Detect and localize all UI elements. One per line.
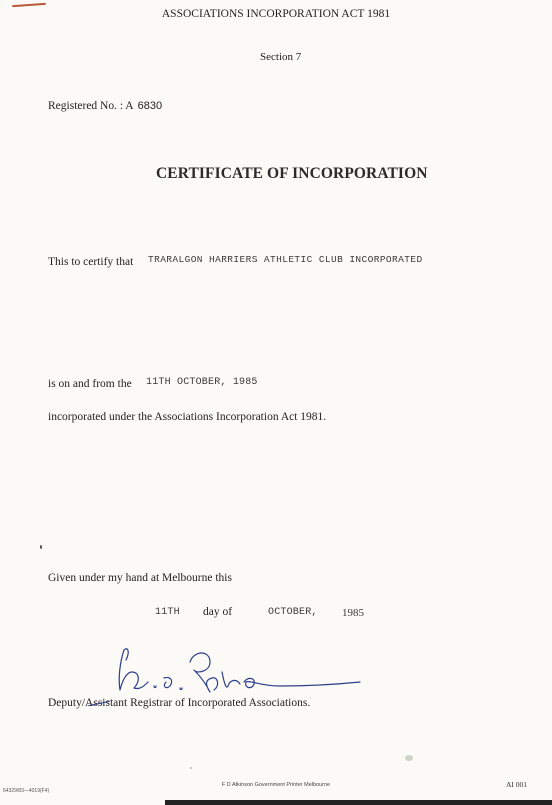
registered-number: Registered No. : A6830 — [48, 100, 162, 112]
given-statement: Given under my hand at Melbourne this — [48, 572, 232, 584]
organisation-name: TRARALGON HARRIERS ATHLETIC CLUB INCORPO… — [148, 254, 423, 265]
form-code: 64329/83—4019(F4) — [3, 788, 49, 794]
given-year: 1985 — [342, 607, 364, 619]
given-day: 11TH — [155, 607, 180, 618]
act-title: ASSOCIATIONS INCORPORATION ACT 1981 — [0, 8, 552, 20]
registered-number-label: Registered No. : A — [48, 100, 134, 112]
certificate-title: CERTIFICATE OF INCORPORATION — [156, 165, 428, 183]
form-id: AI 001 — [506, 780, 527, 789]
registered-number-value: 6830 — [138, 100, 162, 112]
incorporation-date: 11TH OCTOBER, 1985 — [146, 377, 258, 388]
speck — [405, 755, 413, 761]
incorporated-statement: incorporated under the Associations Inco… — [48, 411, 326, 423]
from-label: is on and from the — [48, 378, 132, 390]
section-label: Section 7 — [260, 51, 301, 63]
printer-credit: F D Atkinson Government Printer Melbourn… — [0, 782, 552, 788]
ink-mark — [12, 3, 46, 7]
signature — [110, 642, 370, 702]
certify-label: This to certify that — [48, 256, 133, 268]
scan-edge — [165, 800, 552, 805]
speck — [40, 545, 42, 549]
speck — [190, 767, 192, 769]
day-of-label: day of — [203, 606, 232, 618]
given-month: OCTOBER, — [268, 607, 318, 618]
registrar-title: Deputy/Assistant Registrar of Incorporat… — [48, 697, 310, 709]
